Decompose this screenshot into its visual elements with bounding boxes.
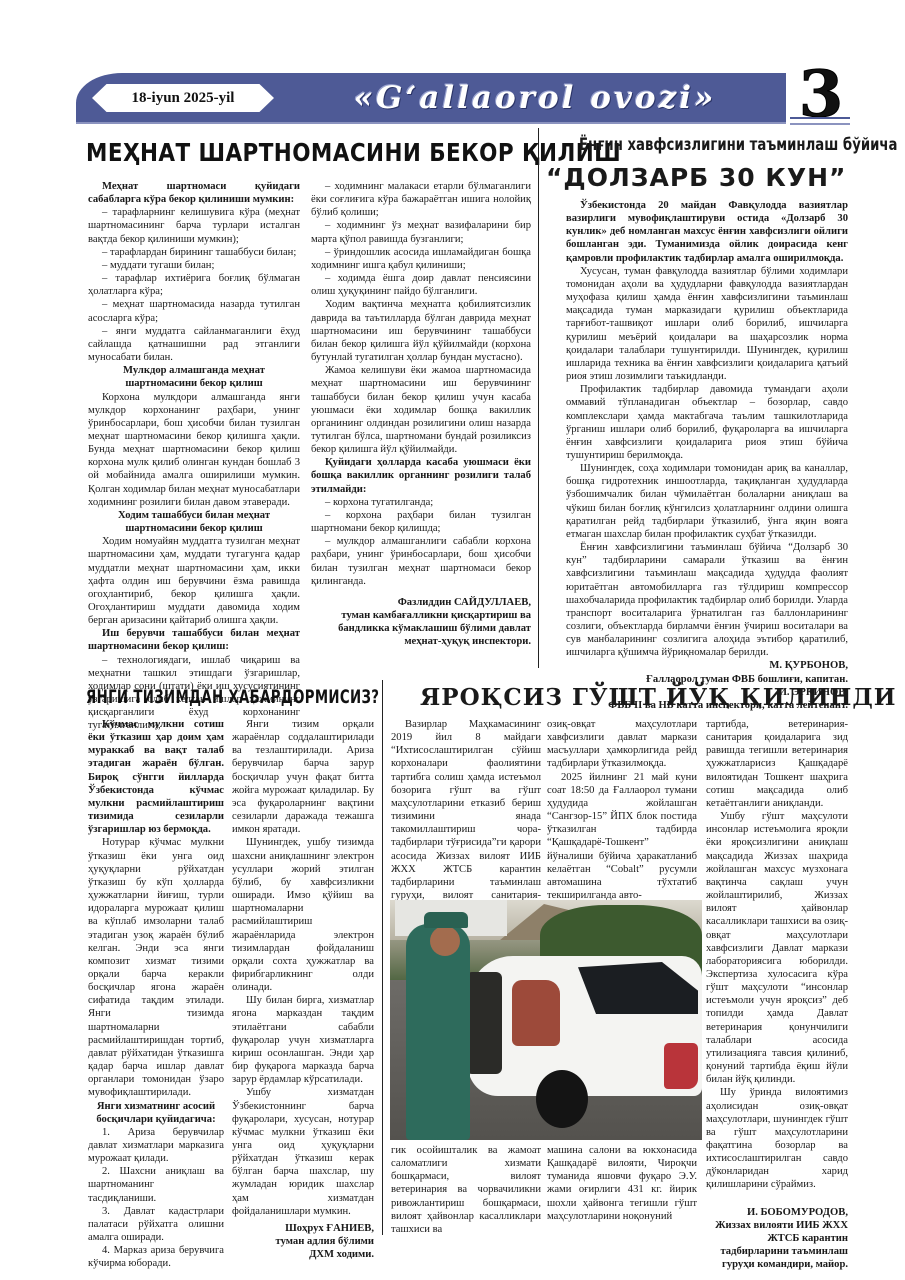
column-divider (382, 680, 383, 1235)
column-divider (538, 128, 539, 668)
newspaper-title: «G‘allaorol ovozi» (300, 76, 770, 120)
article2-paragraph: Шунингдек, соҳа ходимлари томонидан ариқ… (566, 462, 848, 541)
article1-paragraph: – мулкдор алмашганлиги сабабли корхона р… (311, 535, 531, 588)
article1-author-title: туман камбағалликни қисқартириш ва бандл… (311, 609, 531, 648)
article2-paragraph: Профилактик тадбирлар давомида тумандаги… (566, 383, 848, 462)
article4-photo (390, 900, 702, 1140)
article4-column-3: тартибда, ветеринария-санитария қоидалар… (706, 718, 848, 1271)
article2-kicker: Ёнғин хавфсизлигини таъминлаш бўйича (579, 135, 813, 155)
article1-author: Фазлиддин САЙДУЛЛАЕВ, (311, 596, 531, 609)
article3-headline: ЯНГИ ТИЗИМДАН ХАБАРДОРМИСИЗ? (86, 684, 379, 710)
article3-paragraph: Нотурар кўчмас мулкни ўтказиш ёки унга о… (88, 836, 224, 1099)
article3-step: 2. Шахсни аниқлаш ва шартноманинг тасдиқ… (88, 1165, 224, 1204)
article4-column-2-top: озиқ-овқат маҳсулотлари хавфсизлиги давл… (547, 718, 697, 902)
article2-lead: Ўзбекистонда 20 майдан Фавқулодда вазият… (566, 199, 848, 265)
article3-paragraph: Янги тизим орқали жараёнлар соддалаштири… (232, 718, 374, 836)
article4-paragraph: машина салони ва юкхонасида Қашқадарё ви… (547, 1144, 697, 1223)
article1-headline: МЕҲНАТ ШАРТНОМАСИНИ БЕКОР ҚИЛИШ (86, 137, 621, 169)
article4-headline: ЯРОҚСИЗ ГЎШТ ЙЎҚ ҚИЛИНДИ (420, 683, 897, 713)
article2-paragraph: Хусусан, туман фавқулодда вазиятлар бўли… (566, 265, 848, 383)
article3-steps-heading: Янги хизматнинг асосий босқичлари қуйида… (88, 1100, 224, 1126)
article1-paragraph: – ўриндошлик асосида ишламайдиган бошқа … (311, 246, 531, 272)
article3-step: 4. Марказ ариза берувчига кўчирма юборад… (88, 1244, 224, 1270)
photo-officer-head (430, 926, 460, 956)
article3-author: Шоҳрух ҒАНИЕВ, (232, 1222, 374, 1235)
article3-step: 1. Ариза берувчилар давлат хизматлари ма… (88, 1126, 224, 1165)
article4-column-1-top: Вазирлар Маҳкамасининг 2019 йил 8 майдаг… (391, 718, 541, 915)
article4-column-1-bottom: гик осойишталик ва жамоат саломатлиги хи… (391, 1144, 541, 1236)
article1-paragraph: – тарафлардан бирининг ташаббуси билан; (88, 246, 300, 259)
article4-paragraph: Вазирлар Маҳкамасининг 2019 йил 8 майдаг… (391, 718, 541, 915)
article3-paragraph: Шунингдек, ушбу тизимда шахсни аниқлашни… (232, 836, 374, 994)
article1-column-1: Меҳнат шартномаси қуйидаги сабабларга кў… (88, 180, 300, 733)
article1-paragraph: Корхона мулкдори алмашганда янги мулкдор… (88, 391, 300, 509)
article1-paragraph: – меҳнат шартномасида назарда тутилган а… (88, 298, 300, 324)
article1-subheading: Мулкдор алмашганда меҳнат шартномасини б… (88, 364, 300, 390)
article1-paragraph: – тарафларнинг келишувига кўра (меҳнат ш… (88, 206, 300, 245)
photo-car-door (466, 972, 502, 1074)
article2-headline: “ДОЛЗАРБ 30 КУН” (546, 163, 846, 193)
masthead-stripe (76, 122, 786, 124)
photo-taillight (664, 1043, 698, 1089)
article2-body: Ўзбекистонда 20 майдан Фавқулодда вазият… (566, 199, 848, 712)
photo-officer (406, 924, 470, 1140)
article1-paragraph: Жамоа келишуви ёки жамоа шартномасида ме… (311, 364, 531, 456)
article3-paragraph: Шу билан бирга, хизматлар ягона марказда… (232, 994, 374, 1086)
article1-paragraph: Ходим номуайян муддатга тузилган меҳнат … (88, 535, 300, 627)
article2-paragraph: Ёнғин хавфсизлигини таъминлаш бўйича “До… (566, 541, 848, 659)
article3-step: 3. Давлат кадастрлари палатаси рўйхатга … (88, 1205, 224, 1244)
article1-paragraph: Меҳнат шартномаси қуйидаги сабабларга кў… (88, 180, 300, 206)
photo-officer-cap (424, 912, 468, 928)
article1-paragraph: – корхона тугатилганда; (311, 496, 531, 509)
article1-paragraph: – ходимнинг ўз меҳнат вазифаларини бир м… (311, 219, 531, 245)
article3-author-title: туман адлия бўлими (232, 1235, 374, 1248)
article1-paragraph: Қуйидаги ҳолларда касаба уюшмаси ёки бош… (311, 456, 531, 495)
article1-paragraph: – янги муддатга сайланмаганлиги ёхуд сай… (88, 325, 300, 364)
article4-paragraph: Ушбу гўшт маҳсулоти инсонлар истеъмолига… (706, 810, 848, 1086)
article1-paragraph: – корхона раҳбари билан тузилган шартном… (311, 509, 531, 535)
article3-column-1: Кўчмас мулкни сотиш ёки ўтказиш ҳар доим… (88, 718, 224, 1271)
article4-paragraph: 2025 йилнинг 21 май куни соат 18:50 да Ғ… (547, 771, 697, 903)
photo-meat-cargo (512, 980, 560, 1046)
article1-paragraph: Ходим вақтинча меҳнатга қобилиятсизлик д… (311, 298, 531, 364)
article4-paragraph: Шу ўринда вилоятимиз аҳолисидан озиқ-овқ… (706, 1086, 848, 1191)
article1-column-2: – ходимнинг малакаси етарли бўлмаганлиги… (311, 180, 531, 648)
article3-lead: Кўчмас мулкни сотиш ёки ўтказиш ҳар доим… (88, 718, 224, 836)
issue-date: 18-iyun 2025-yil (92, 84, 274, 112)
article4-paragraph: озиқ-овқат маҳсулотлари хавфсизлиги давл… (547, 718, 697, 771)
article3-author-title: ДХМ ходими. (232, 1248, 374, 1261)
photo-wheel (536, 1070, 588, 1128)
page-number-underline (790, 117, 850, 125)
article1-paragraph: – ходимда ёшга доир давлат пенсиясини ол… (311, 272, 531, 298)
article1-paragraph: – тарафлар ихтиёрига боғлиқ бўлмаган ҳол… (88, 272, 300, 298)
article4-author-title: Жиззах вилояти ИИБ ЖХХ ЖТСБ карантин тад… (706, 1219, 848, 1272)
article4-author: И. БОБОМУРОДОВ, (706, 1206, 848, 1219)
article4-paragraph: гик осойишталик ва жамоат саломатлиги хи… (391, 1144, 541, 1236)
article3-paragraph: Ушбу хизматдан Ўзбекистоннинг барча фуқа… (232, 1086, 374, 1218)
article1-paragraph: – ходимнинг малакаси етарли бўлмаганлиги… (311, 180, 531, 219)
article1-subheading: Ходим ташаббуси билан меҳнат шартномасин… (88, 509, 300, 535)
article1-paragraph: Иш берувчи ташаббуси билан меҳнат шартно… (88, 627, 300, 653)
article2-author: М. ҚУРБОНОВ, (566, 659, 848, 672)
article1-paragraph: – муддати тугаши билан; (88, 259, 300, 272)
article3-column-2: Янги тизим орқали жараёнлар соддалаштири… (232, 718, 374, 1261)
article4-column-2-bottom: машина салони ва юкхонасида Қашқадарё ви… (547, 1144, 697, 1223)
article4-paragraph: тартибда, ветеринария-санитария қоидалар… (706, 718, 848, 810)
